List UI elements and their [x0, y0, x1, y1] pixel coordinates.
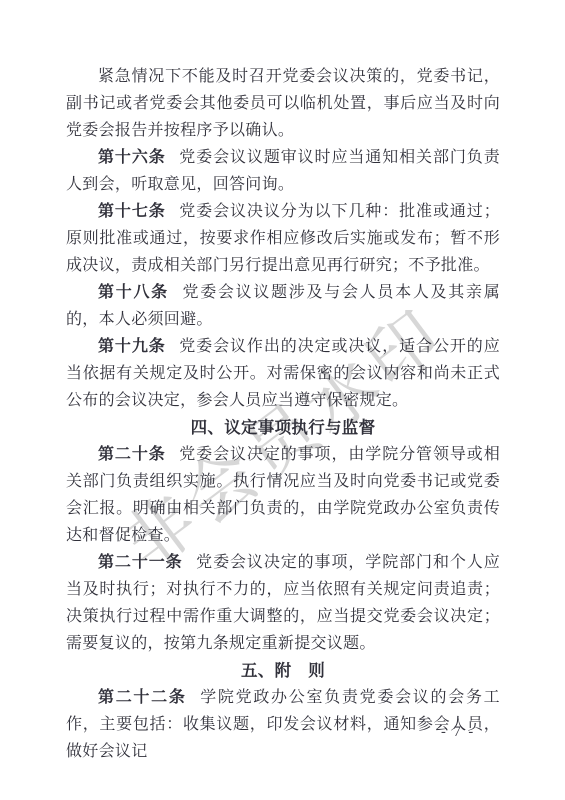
- clause-term: 第十九条: [98, 338, 166, 355]
- paragraph: 紧急情况下不能及时召开党委会议决策的，党委书记，副书记或者党委会其他委员可以临机…: [66, 63, 500, 144]
- paragraph: 第二十一条党委会议决定的事项，学院部门和个人应当及时执行；对执行不力的，应当依照…: [66, 549, 500, 657]
- paragraph: 第十六条党委会议议题审议时应当通知相关部门负责人到会，听取意见，回答问询。: [66, 144, 500, 198]
- clause-term: 第十八条: [98, 284, 169, 301]
- heading-text: 四、议定事项执行与监督: [191, 418, 376, 437]
- paragraph: 第十七条党委会议决议分为以下几种：批准或通过；原则批准或通过，按要求作相应修改后…: [66, 198, 500, 279]
- page-number: - 7 -: [441, 724, 475, 741]
- heading-text: 五、附 则: [241, 661, 325, 680]
- clause-term: 第十六条: [98, 149, 166, 166]
- section-heading: 五、附 则: [66, 657, 500, 684]
- paragraph: 第二十二条学院党政办公室负责党委会议的会务工作，主要包括：收集议题，印发会议材料…: [66, 684, 500, 765]
- clause-term: 第十七条: [98, 203, 166, 220]
- clause-term: 第二十条: [98, 446, 166, 463]
- paragraph: 第十八条党委会议议题涉及与会人员本人及其亲属的，本人必须回避。: [66, 279, 500, 333]
- paragraph-text: 紧急情况下不能及时召开党委会议决策的，党委书记，副书记或者党委会其他委员可以临机…: [66, 68, 500, 139]
- clause-term: 第二十二条: [98, 689, 187, 706]
- document-content: 紧急情况下不能及时召开党委会议决策的，党委书记，副书记或者党委会其他委员可以临机…: [66, 63, 500, 765]
- paragraph: 第二十条党委会议决定的事项，由学院分管领导或相关部门负责组织实施。执行情况应当及…: [66, 441, 500, 549]
- clause-term: 第二十一条: [98, 554, 183, 571]
- document-page: 非会员水印 紧急情况下不能及时召开党委会议决策的，党委书记，副书记或者党委会其他…: [0, 0, 565, 800]
- section-heading: 四、议定事项执行与监督: [66, 414, 500, 441]
- paragraph: 第十九条党委会议作出的决定或决议，适合公开的应当依据有关规定及时公开。对需保密的…: [66, 333, 500, 414]
